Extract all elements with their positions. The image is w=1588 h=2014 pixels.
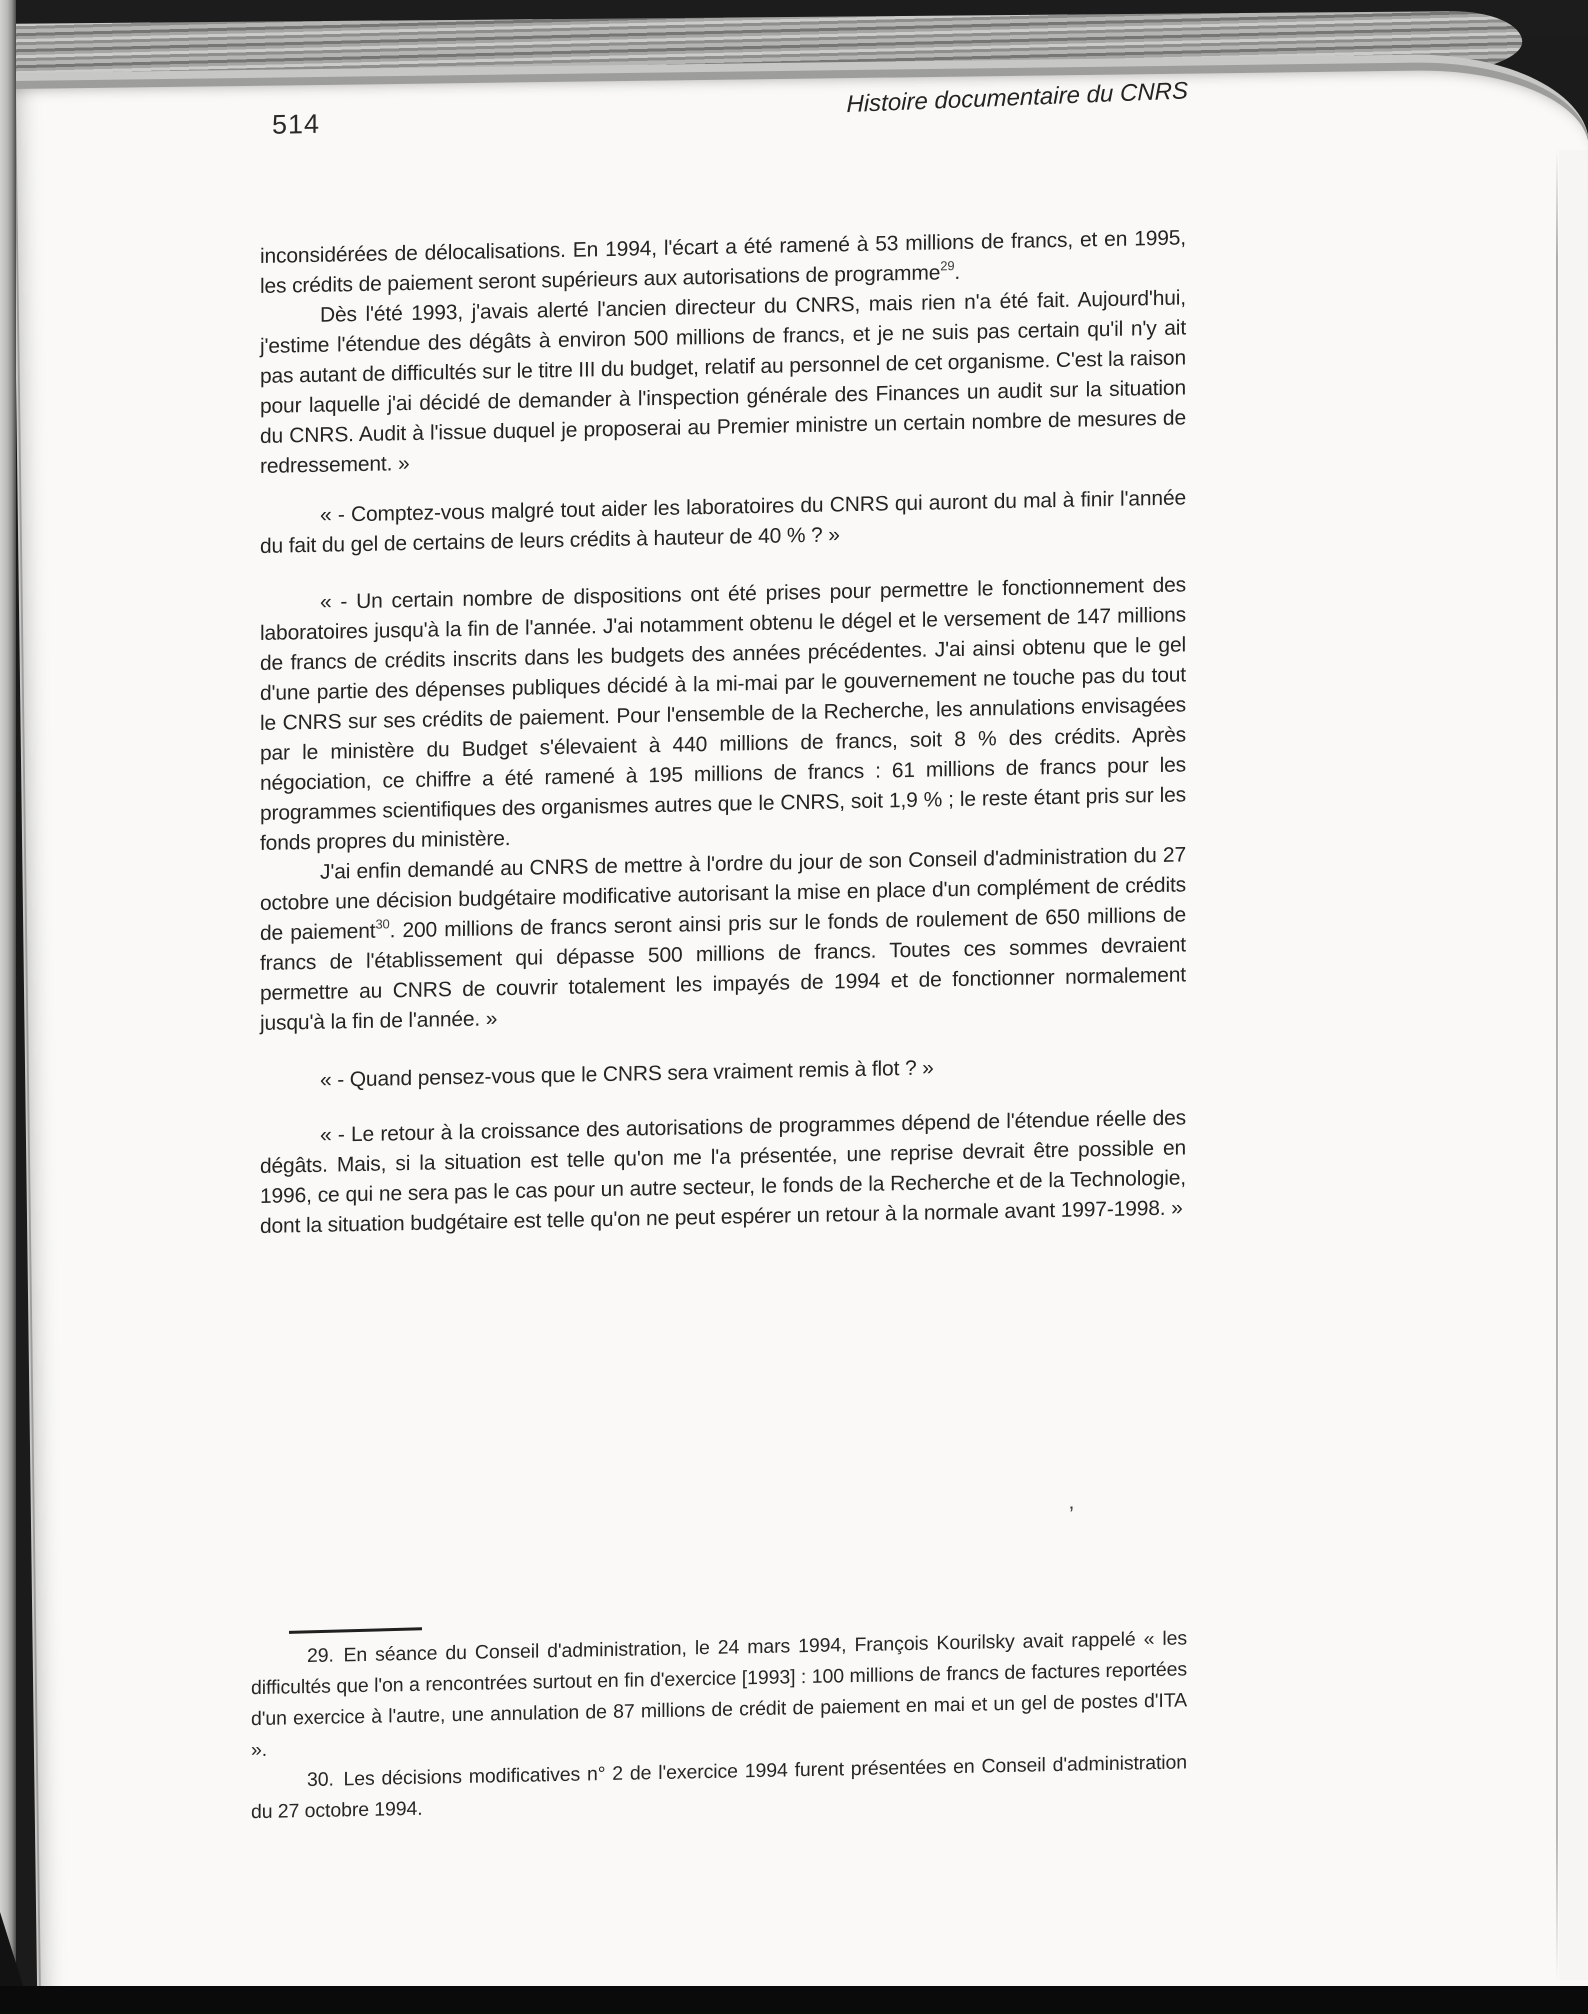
footnote: 29. En séance du Conseil d'administratio… bbox=[251, 1623, 1187, 1766]
page-number: 514 bbox=[272, 109, 320, 141]
body-text: inconsidérées de délocalisations. En 199… bbox=[260, 223, 1186, 1242]
stray-mark: ’ bbox=[1069, 1502, 1074, 1528]
paragraph: « - Le retour à la croissance des autori… bbox=[260, 1103, 1186, 1242]
running-title: Histoire documentaire du CNRS bbox=[690, 77, 1188, 125]
page-content: 514 Histoire documentaire du CNRS incons… bbox=[0, 0, 1588, 2014]
paragraph: Dès l'été 1993, j'avais alerté l'ancien … bbox=[260, 283, 1186, 482]
paragraph: « - Un certain nombre de dispositions on… bbox=[260, 570, 1186, 859]
footnotes: 29. En séance du Conseil d'administratio… bbox=[251, 1623, 1187, 1828]
paragraph: « - Quand pensez-vous que le CNRS sera v… bbox=[260, 1048, 1186, 1097]
footnote-separator bbox=[289, 1627, 422, 1634]
paragraph: J'ai enfin demandé au CNRS de mettre à l… bbox=[260, 840, 1186, 1039]
footnote-ref: 30 bbox=[375, 916, 389, 931]
footnote-ref: 29 bbox=[940, 258, 954, 273]
book-scan: 514 Histoire documentaire du CNRS incons… bbox=[0, 0, 1588, 2014]
paragraph: « - Comptez-vous malgré tout aider les l… bbox=[260, 483, 1186, 562]
